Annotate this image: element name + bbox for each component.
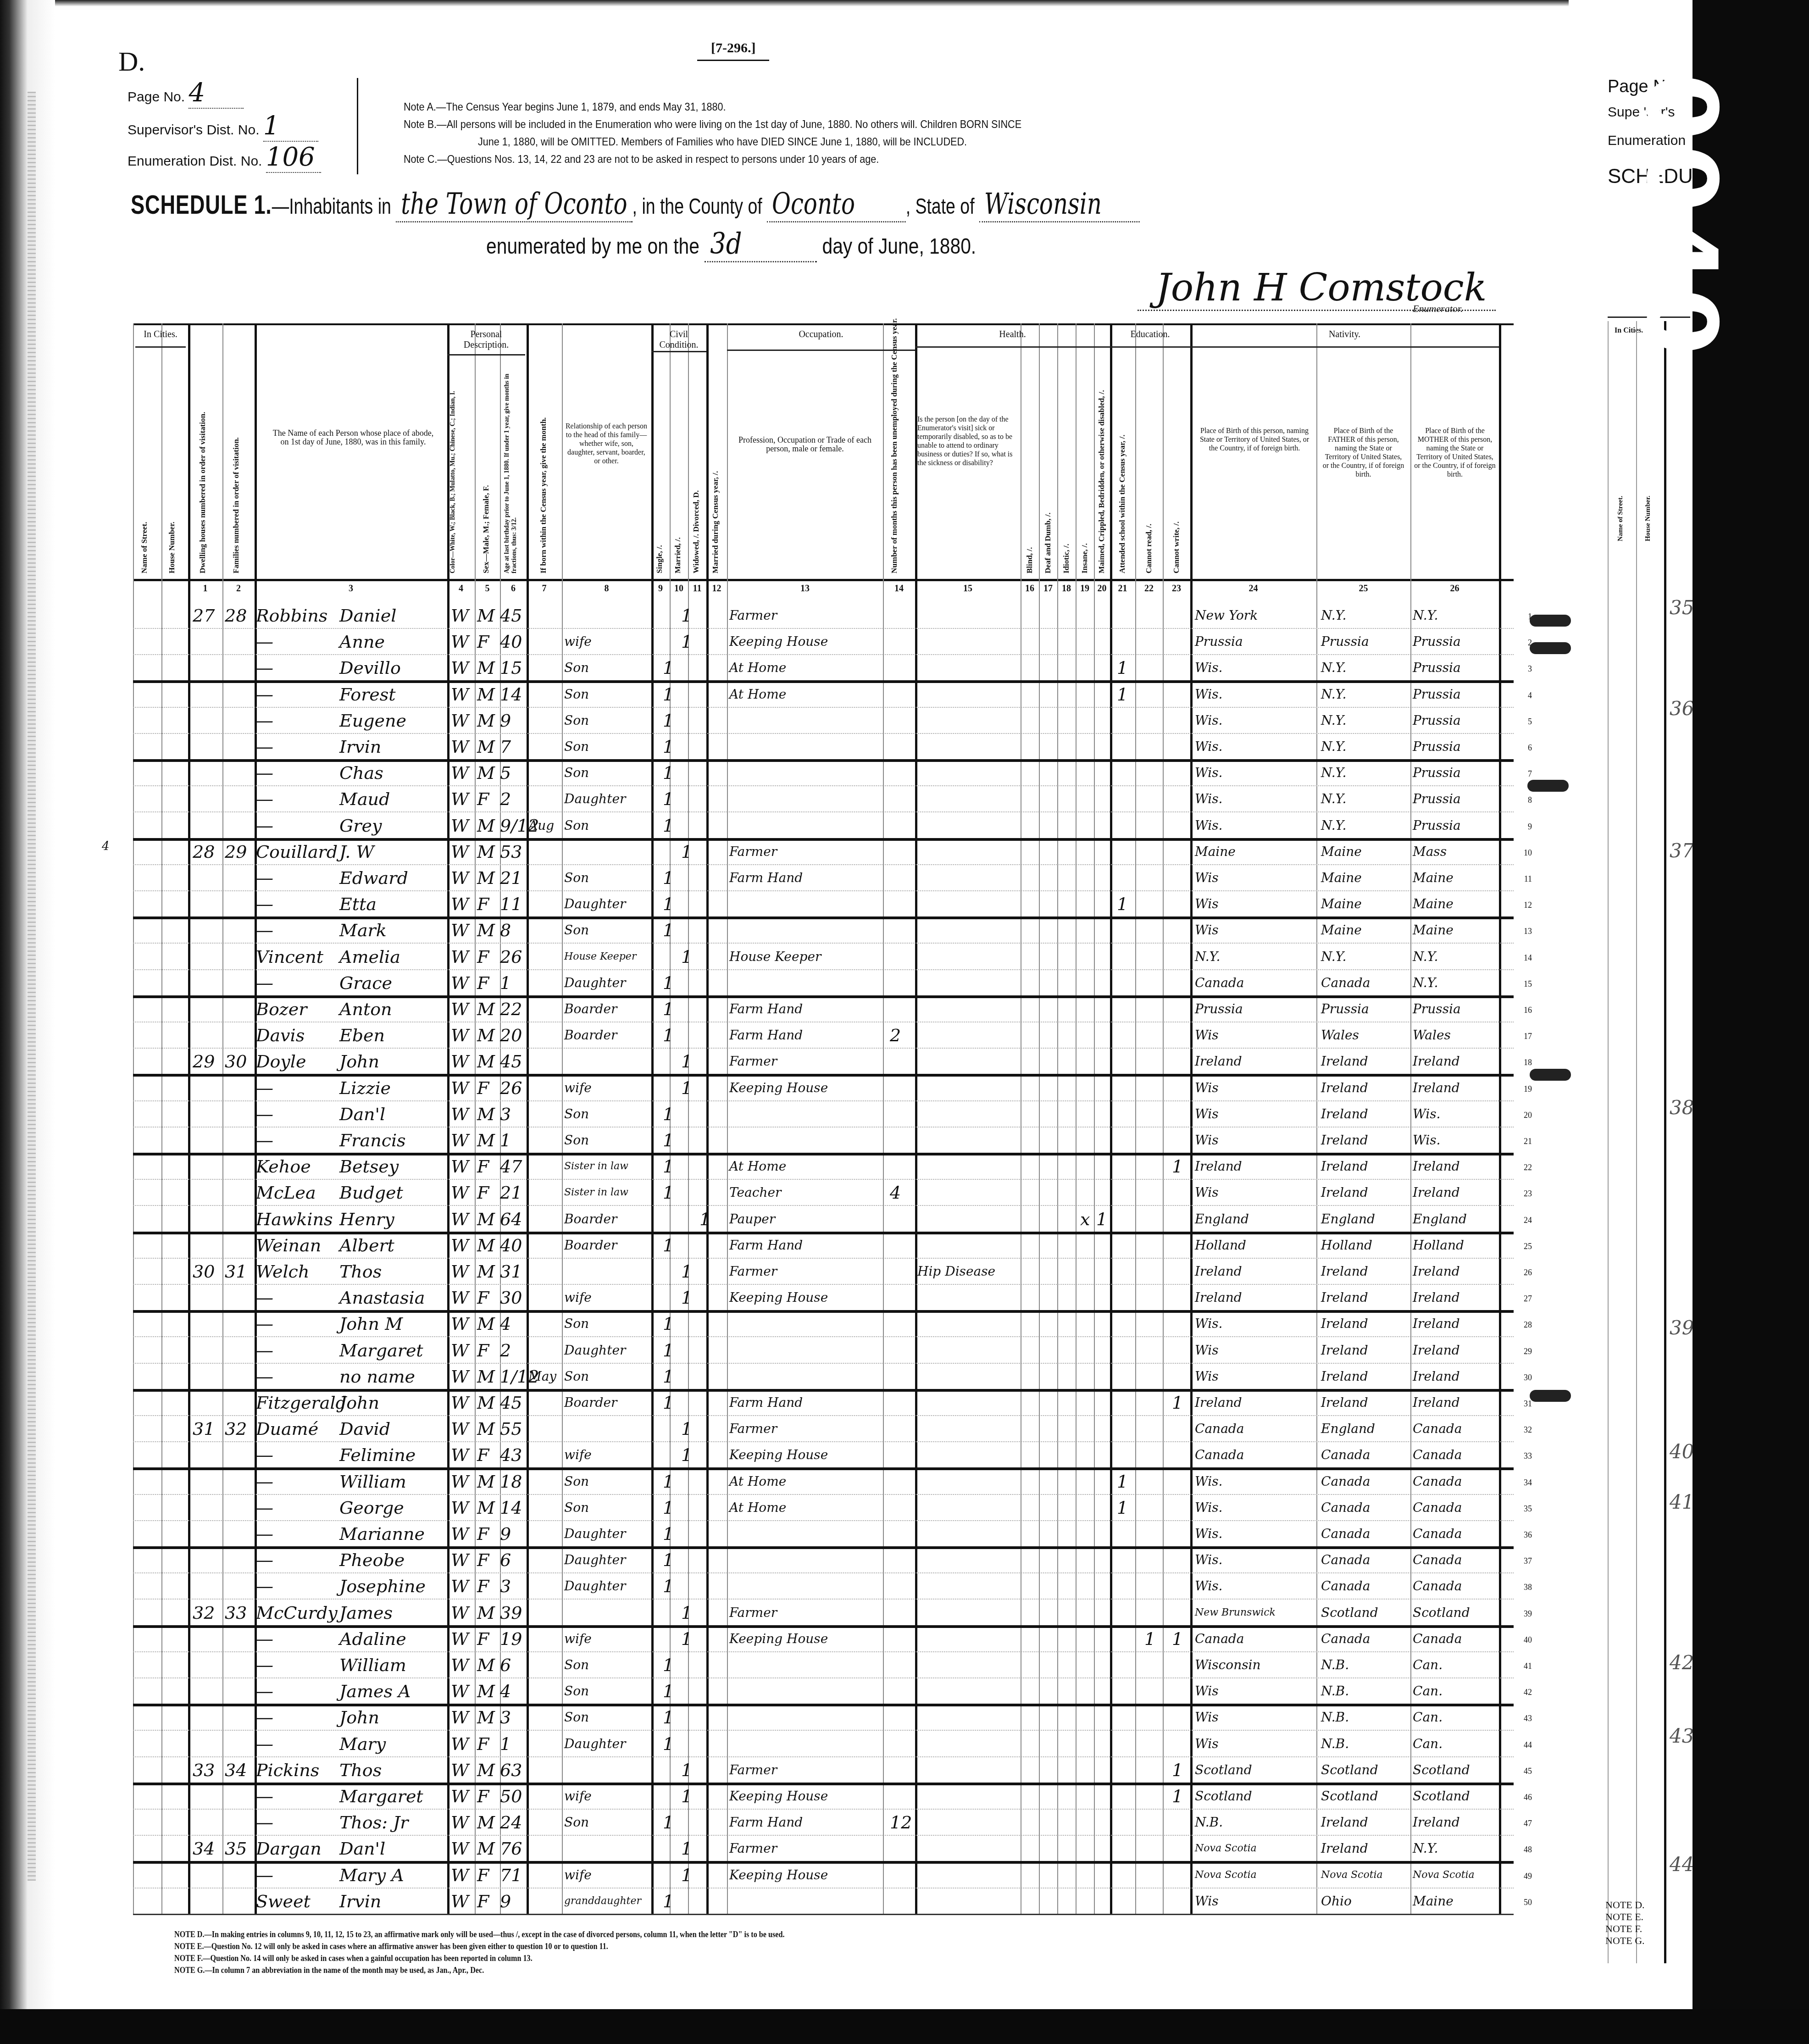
cell-father: England bbox=[1321, 1209, 1375, 1230]
schedule-heading: SCHEDULE 1.—Inhabitants in the Town of O… bbox=[131, 187, 1139, 222]
cell-mother: Ireland bbox=[1413, 1340, 1460, 1361]
row-number: 18 bbox=[1524, 1058, 1532, 1067]
cell-color: W bbox=[451, 1707, 469, 1728]
row-number: 26 bbox=[1524, 1268, 1532, 1277]
cell-birth: Wis. bbox=[1195, 1497, 1223, 1518]
row-number: 36 bbox=[1524, 1530, 1532, 1540]
cell-occupation: Farmer bbox=[729, 1418, 777, 1439]
cell-mother: Prussia bbox=[1413, 684, 1461, 705]
cell-married: 1 bbox=[681, 1838, 692, 1859]
cell-birth: Wis bbox=[1195, 1733, 1219, 1755]
cell-given: Grace bbox=[339, 972, 392, 994]
table-row: —EugeneWM9Son1Wis.N.Y.Prussia5 bbox=[133, 707, 1514, 734]
cell-color: W bbox=[451, 1865, 469, 1886]
cell-given: Eugene bbox=[339, 710, 406, 731]
table-row: KehoeBetseyWF47Sister in law1At Home1Ire… bbox=[133, 1153, 1514, 1180]
cell-surname: — bbox=[256, 1786, 273, 1807]
cell-age: 26 bbox=[500, 1078, 522, 1099]
cell-family: 29 bbox=[225, 841, 247, 862]
table-row: —MarkWM8Son1WisMaineMaine13 bbox=[133, 916, 1514, 944]
cell-color: W bbox=[451, 605, 469, 626]
cell-mother: Prussia bbox=[1413, 657, 1461, 678]
cell-unemployed: 12 bbox=[890, 1812, 912, 1833]
cell-age: 3 bbox=[500, 1104, 511, 1125]
cell-surname: — bbox=[256, 972, 273, 994]
adjacent-dwelling: 40 bbox=[1670, 1440, 1694, 1463]
cell-school: 1 bbox=[1117, 684, 1128, 705]
cell-birth: Wis. bbox=[1195, 736, 1223, 757]
cell-surname: — bbox=[256, 894, 273, 915]
cell-color: W bbox=[451, 1471, 469, 1492]
cell-color: W bbox=[451, 1287, 469, 1308]
cell-birth: Wis bbox=[1195, 1366, 1219, 1387]
column-number: 6 bbox=[500, 583, 527, 594]
row-number: 13 bbox=[1524, 927, 1532, 936]
row-number: 44 bbox=[1524, 1740, 1532, 1750]
cell-relation: Daughter bbox=[564, 1576, 626, 1597]
cell-age: 15 bbox=[500, 657, 522, 678]
cell-birth: N.B. bbox=[1195, 1812, 1223, 1833]
cell-given: Thos bbox=[339, 1261, 382, 1282]
cell-given: Etta bbox=[339, 894, 377, 915]
cell-given: Irvin bbox=[339, 1891, 381, 1912]
row-number: 5 bbox=[1528, 717, 1532, 727]
table-row: —John MWM4Son1Wis.IrelandIreland28 bbox=[133, 1310, 1514, 1337]
adjacent-dwelling: 38 bbox=[1670, 1096, 1694, 1119]
cell-age: 14 bbox=[500, 684, 522, 705]
col-married-year: Married during Census year, /. bbox=[711, 422, 720, 573]
cell-age: 9 bbox=[500, 1891, 511, 1912]
cell-sex: M bbox=[477, 999, 495, 1020]
cell-age: 22 bbox=[500, 999, 522, 1020]
cell-given: Forest bbox=[339, 684, 396, 705]
column-number: 13 bbox=[727, 583, 883, 594]
row-number: 29 bbox=[1524, 1347, 1532, 1356]
cell-sex: F bbox=[477, 1340, 489, 1361]
row-number: 47 bbox=[1524, 1819, 1532, 1828]
cell-insane: x bbox=[1080, 1209, 1090, 1230]
cell-age: 63 bbox=[500, 1760, 522, 1781]
cell-single: 1 bbox=[663, 1733, 674, 1755]
adjacent-col-house: House Number. bbox=[1644, 459, 1652, 541]
cell-unemployed: 4 bbox=[890, 1182, 901, 1203]
cell-age: 9 bbox=[500, 1523, 511, 1544]
cell-family: 30 bbox=[225, 1051, 247, 1072]
cell-birth: England bbox=[1195, 1209, 1249, 1230]
cell-married: 1 bbox=[681, 946, 692, 967]
cell-surname: McCurdy bbox=[256, 1602, 338, 1623]
cell-married: 1 bbox=[681, 1287, 692, 1308]
cell-mother: Wales bbox=[1413, 1025, 1451, 1046]
cell-surname: — bbox=[256, 1313, 273, 1334]
group-rule bbox=[915, 346, 1110, 348]
cell-color: W bbox=[451, 1130, 469, 1151]
cell-mother: Ireland bbox=[1413, 1051, 1460, 1072]
cell-birth: Wis bbox=[1195, 1182, 1219, 1203]
cell-given: Daniel bbox=[339, 605, 396, 626]
cell-given: Edward bbox=[339, 867, 408, 889]
cell-color: W bbox=[451, 1209, 469, 1230]
cell-surname: — bbox=[256, 1078, 273, 1099]
county-field: Oconto bbox=[767, 187, 906, 222]
col-maimed: Maimed, Crippled, Bedridden, or otherwis… bbox=[1097, 353, 1106, 573]
cell-mother: Canada bbox=[1413, 1418, 1462, 1439]
cell-age: 40 bbox=[500, 1235, 522, 1256]
cell-given: Amelia bbox=[339, 946, 400, 967]
column-number: 8 bbox=[562, 583, 651, 594]
table-row: DavisEbenWM20Boarder1Farm Hand2WisWalesW… bbox=[133, 1022, 1514, 1049]
table-row: —MarianneWF9Daughter1Wis.CanadaCanada36 bbox=[133, 1520, 1514, 1549]
cell-father: N.Y. bbox=[1321, 762, 1346, 783]
table-row: —no nameWM1/12MaySon1WisIrelandIreland30 bbox=[133, 1363, 1514, 1392]
table-row: —JohnWM3Son1WisN.B.Can.43 bbox=[133, 1704, 1514, 1731]
cell-mother: Ireland bbox=[1413, 1812, 1460, 1833]
cell-birth: Wis bbox=[1195, 920, 1219, 941]
column-number: 24 bbox=[1190, 583, 1316, 594]
adjacent-dwelling: 41 bbox=[1670, 1491, 1694, 1513]
cell-sex: M bbox=[477, 1104, 495, 1125]
column-number: 23 bbox=[1163, 583, 1190, 594]
cell-occupation: Keeping House bbox=[729, 1865, 828, 1886]
cell-single: 1 bbox=[663, 1655, 674, 1676]
cell-birth: Prussia bbox=[1195, 631, 1243, 652]
row-number: 19 bbox=[1524, 1084, 1532, 1094]
cell-birth: Canada bbox=[1195, 1418, 1244, 1439]
cell-age: 39 bbox=[500, 1602, 522, 1623]
cell-age: 4 bbox=[500, 1313, 511, 1334]
cell-color: W bbox=[451, 1602, 469, 1623]
cell-age: 40 bbox=[500, 631, 522, 652]
row-number: 39 bbox=[1524, 1609, 1532, 1619]
cell-dwelling: 27 bbox=[193, 605, 215, 626]
column-number: 2 bbox=[222, 583, 255, 594]
cell-surname: — bbox=[256, 1628, 273, 1650]
enumeration-date: enumerated by me on the 3d day of June, … bbox=[486, 227, 976, 262]
cell-color: W bbox=[451, 1891, 469, 1912]
cell-birth: Wis. bbox=[1195, 815, 1223, 836]
cell-father: Ireland bbox=[1321, 1156, 1368, 1177]
col-deaf: Deaf and Dumb, /. bbox=[1043, 468, 1053, 573]
cell-mother: Wis. bbox=[1413, 1130, 1441, 1151]
group-rule bbox=[1190, 346, 1499, 348]
cell-surname: — bbox=[256, 789, 273, 810]
cell-color: W bbox=[451, 710, 469, 731]
row-number: 27 bbox=[1524, 1294, 1532, 1304]
row-number: 28 bbox=[1524, 1320, 1532, 1330]
cell-father: Ireland bbox=[1321, 1104, 1368, 1125]
form-number: [7-296.] bbox=[697, 40, 769, 61]
cell-relation: Daughter bbox=[564, 894, 626, 915]
cell-given: Mark bbox=[339, 920, 387, 941]
cell-given: John bbox=[339, 1051, 379, 1072]
day-field: 3d bbox=[705, 227, 817, 262]
adjacent-dwelling: 35 bbox=[1670, 596, 1694, 619]
cell-married: 1 bbox=[681, 1418, 692, 1439]
cell-given: James bbox=[339, 1602, 393, 1623]
col-color: Color—White, W.; Black, B.; Mulatto, Mu.… bbox=[449, 358, 472, 573]
cell-married: 1 bbox=[681, 631, 692, 652]
cell-single: 1 bbox=[663, 657, 674, 678]
table-row: —Mary AWF71wife1Keeping HouseNova Scotia… bbox=[133, 1861, 1514, 1888]
cell-given: Betsey bbox=[339, 1156, 399, 1177]
cell-mother: Canada bbox=[1413, 1550, 1462, 1571]
cell-surname: — bbox=[256, 1523, 273, 1544]
col-widowed: Widowed, /. Divorced, D. bbox=[692, 431, 701, 573]
cell-color: W bbox=[451, 1261, 469, 1282]
cell-cannot-write: 1 bbox=[1172, 1786, 1183, 1807]
cell-age: 20 bbox=[500, 1025, 522, 1046]
cell-occupation: Farmer bbox=[729, 1051, 777, 1072]
cell-sex: F bbox=[477, 1444, 489, 1466]
cell-single: 1 bbox=[663, 1366, 674, 1387]
column-number: 4 bbox=[447, 583, 475, 594]
cell-single: 1 bbox=[663, 867, 674, 889]
row-number: 48 bbox=[1524, 1845, 1532, 1855]
cell-single: 1 bbox=[663, 1550, 674, 1571]
cell-relation: Son bbox=[564, 1471, 589, 1492]
cell-age: 6 bbox=[500, 1655, 511, 1676]
cell-surname: Doyle bbox=[256, 1051, 306, 1072]
cell-father: Canada bbox=[1321, 1550, 1370, 1571]
cell-age: 45 bbox=[500, 605, 522, 626]
cell-father: Ireland bbox=[1321, 1261, 1368, 1282]
group-rule bbox=[727, 350, 915, 351]
cell-age: 45 bbox=[500, 1392, 522, 1413]
cell-surname: — bbox=[256, 684, 273, 705]
column-number: 26 bbox=[1410, 583, 1499, 594]
table-row: —GraceWF1Daughter1CanadaCanadaN.Y.15 bbox=[133, 969, 1514, 998]
cell-occupation: Farm Hand bbox=[729, 999, 803, 1020]
cell-mother: Scotland bbox=[1413, 1786, 1470, 1807]
cell-sex: F bbox=[477, 1156, 489, 1177]
adjacent-dwelling: 39 bbox=[1670, 1316, 1694, 1339]
table-row: —EttaWF11Daughter11WisMaineMaine12 bbox=[133, 890, 1514, 919]
cell-color: W bbox=[451, 1235, 469, 1256]
cell-surname: — bbox=[256, 710, 273, 731]
cell-birth: Canada bbox=[1195, 972, 1244, 994]
column-number: 16 bbox=[1021, 583, 1039, 594]
cell-color: W bbox=[451, 1550, 469, 1571]
cell-age: 55 bbox=[500, 1418, 522, 1439]
cell-father: N.Y. bbox=[1321, 605, 1346, 626]
cell-age: 26 bbox=[500, 946, 522, 967]
cell-maimed: 1 bbox=[1096, 1209, 1107, 1230]
cell-given: George bbox=[339, 1497, 404, 1518]
cell-occupation: Farmer bbox=[729, 1838, 777, 1859]
cell-surname: — bbox=[256, 1287, 273, 1308]
cell-mother: N.Y. bbox=[1413, 946, 1438, 967]
cell-mother: Can. bbox=[1413, 1733, 1443, 1755]
cell-birth: Scotland bbox=[1195, 1786, 1252, 1807]
row-number: 25 bbox=[1524, 1242, 1532, 1251]
cell-relation: wife bbox=[564, 1786, 592, 1807]
cell-birth: Wis. bbox=[1195, 710, 1223, 731]
binder-ring bbox=[1530, 1390, 1571, 1402]
cell-occupation: Farmer bbox=[729, 1261, 777, 1282]
col-mother-birthplace: Place of Birth of the MOTHER of this per… bbox=[1414, 427, 1496, 479]
cell-given: Josephine bbox=[339, 1576, 426, 1597]
cell-sex: F bbox=[477, 1733, 489, 1755]
row-number: 45 bbox=[1524, 1766, 1532, 1776]
cell-color: W bbox=[451, 841, 469, 862]
note-g: NOTE G.—In column 7 an abbreviation in t… bbox=[174, 1965, 784, 1977]
cell-given: Chas bbox=[339, 762, 383, 783]
cell-father: Ohio bbox=[1321, 1891, 1352, 1912]
cell-occupation: House Keeper bbox=[729, 946, 821, 967]
column-number: 20 bbox=[1094, 583, 1110, 594]
col-dwelling: Dwelling houses numbered in order of vis… bbox=[198, 376, 207, 573]
cell-mother: Mass bbox=[1413, 841, 1447, 862]
cell-father: Maine bbox=[1321, 920, 1362, 941]
col-name: The Name of each Person whose place of a… bbox=[271, 429, 436, 446]
table-row: —DevilloWM15Son1At Home1Wis.N.Y.Prussia3 bbox=[133, 654, 1514, 683]
row-number: 41 bbox=[1524, 1661, 1532, 1671]
cell-single: 1 bbox=[663, 1104, 674, 1125]
cell-age: 4 bbox=[500, 1681, 511, 1702]
cell-age: 5 bbox=[500, 762, 511, 783]
cell-born-month: Aug bbox=[528, 815, 554, 836]
row-number: 8 bbox=[1528, 795, 1532, 805]
cell-color: W bbox=[451, 1025, 469, 1046]
cell-married: 1 bbox=[681, 605, 692, 626]
cell-father: Ireland bbox=[1321, 1392, 1368, 1413]
enumeration-district-field: Enumeration Dist. No. 106 bbox=[128, 142, 321, 173]
cell-single: 1 bbox=[663, 1497, 674, 1518]
cell-birth: Nova Scotia bbox=[1195, 1838, 1257, 1859]
cell-birth: Wis bbox=[1195, 894, 1219, 915]
cell-occupation: At Home bbox=[729, 657, 786, 678]
table-row: 3132DuaméDavidWM551FarmerCanadaEnglandCa… bbox=[133, 1415, 1514, 1442]
table-row: 2728RobbinsDanielWM451FarmerNew YorkN.Y.… bbox=[133, 602, 1514, 629]
column-number: 15 bbox=[915, 583, 1021, 594]
cell-sex: M bbox=[477, 1655, 495, 1676]
cell-mother: Ireland bbox=[1413, 1078, 1460, 1099]
cell-single: 1 bbox=[663, 1130, 674, 1151]
table-row: WeinanAlbertWM40Boarder1Farm HandHolland… bbox=[133, 1232, 1514, 1259]
cell-single: 1 bbox=[663, 815, 674, 836]
cell-father: Scotland bbox=[1321, 1602, 1378, 1623]
cell-sex: F bbox=[477, 789, 489, 810]
col-sex: Sex—Male, M.; Female, F. bbox=[482, 440, 491, 573]
row-number: 38 bbox=[1524, 1583, 1532, 1592]
group-rule bbox=[1110, 346, 1190, 348]
cell-surname: — bbox=[256, 736, 273, 757]
note-e: NOTE E.—Question No. 12 will only be ask… bbox=[174, 1941, 784, 1953]
cell-mother: Maine bbox=[1413, 867, 1454, 889]
row-number: 31 bbox=[1524, 1399, 1532, 1409]
row-number: 33 bbox=[1524, 1451, 1532, 1461]
column-number: 11 bbox=[688, 583, 706, 594]
cell-age: 1 bbox=[500, 1733, 511, 1755]
cell-father: Ireland bbox=[1321, 1366, 1368, 1387]
cell-occupation: Keeping House bbox=[729, 1628, 828, 1650]
cell-relation: Daughter bbox=[564, 972, 626, 994]
cell-married: 1 bbox=[681, 1261, 692, 1282]
cell-mother: Prussia bbox=[1413, 631, 1461, 652]
cell-sex: F bbox=[477, 972, 489, 994]
cell-relation: Son bbox=[564, 1812, 589, 1833]
cell-father: N.Y. bbox=[1321, 710, 1346, 731]
cell-sex: M bbox=[477, 605, 495, 626]
row-number: 24 bbox=[1524, 1216, 1532, 1225]
cell-married: 1 bbox=[681, 1628, 692, 1650]
cell-relation: Son bbox=[564, 710, 589, 731]
cell-single: 1 bbox=[663, 1392, 674, 1413]
row-number: 14 bbox=[1524, 953, 1532, 963]
cell-given: no name bbox=[339, 1366, 415, 1387]
cell-age: 43 bbox=[500, 1444, 522, 1466]
cell-father: Canada bbox=[1321, 1471, 1370, 1492]
cell-surname: — bbox=[256, 1497, 273, 1518]
cell-birth: Wis bbox=[1195, 1681, 1219, 1702]
cell-sex: M bbox=[477, 1051, 495, 1072]
cell-birth: N.Y. bbox=[1195, 946, 1220, 967]
cell-birth: Wis bbox=[1195, 1891, 1219, 1912]
cell-father: Canada bbox=[1321, 1497, 1370, 1518]
cell-father: Scotland bbox=[1321, 1760, 1378, 1781]
table-row: 2829CouillardJ. WWM531FarmerMaineMaineMa… bbox=[133, 838, 1514, 865]
row-number: 11 bbox=[1524, 874, 1532, 884]
page-number-value: 4 bbox=[189, 78, 244, 109]
table-row: —FelimineWF43wife1Keeping HouseCanadaCan… bbox=[133, 1441, 1514, 1470]
cell-father: Maine bbox=[1321, 894, 1362, 915]
cell-age: 31 bbox=[500, 1261, 522, 1282]
col-unemployed: Number of months this person has been un… bbox=[890, 349, 899, 573]
cell-mother: Maine bbox=[1413, 894, 1454, 915]
cell-color: W bbox=[451, 1681, 469, 1702]
group-health: Health. bbox=[915, 329, 1110, 340]
cell-birth: Wisconsin bbox=[1195, 1655, 1261, 1676]
cell-relation: Son bbox=[564, 815, 589, 836]
table-row: —AnastasiaWF30wife1Keeping HouseIrelandI… bbox=[133, 1284, 1514, 1313]
row-number: 22 bbox=[1524, 1163, 1532, 1172]
cell-mother: N.Y. bbox=[1413, 1838, 1438, 1859]
town-field: the Town of Oconto bbox=[396, 187, 632, 222]
cell-surname: — bbox=[256, 1576, 273, 1597]
column-number: 9 bbox=[651, 583, 670, 594]
cell-surname: — bbox=[256, 815, 273, 836]
microfilm-stamp: 0040 bbox=[1651, 73, 1734, 360]
cell-surname: Sweet bbox=[256, 1891, 311, 1912]
cell-surname: — bbox=[256, 1707, 273, 1728]
cell-relation: Boarder bbox=[564, 999, 617, 1020]
cell-sex: F bbox=[477, 1287, 489, 1308]
group-civil: Civil Condition. bbox=[651, 329, 706, 350]
table-row: —MargaretWF2Daughter1WisIrelandIreland29 bbox=[133, 1337, 1514, 1364]
col-birthplace: Place of Birth of this person, naming St… bbox=[1197, 427, 1312, 453]
cell-father: N.Y. bbox=[1321, 815, 1346, 836]
table-row: —MargaretWF50wife1Keeping House1Scotland… bbox=[133, 1783, 1514, 1810]
cell-single: 1 bbox=[663, 789, 674, 810]
cell-born-month: May bbox=[528, 1366, 556, 1387]
cell-family: 33 bbox=[225, 1602, 247, 1623]
table-row: —LizzieWF26wife1Keeping HouseWisIrelandI… bbox=[133, 1074, 1514, 1101]
state-field: Wisconsin bbox=[979, 187, 1139, 222]
cell-given: John bbox=[339, 1707, 379, 1728]
col-single: Single, /. bbox=[655, 514, 664, 573]
cell-color: W bbox=[451, 867, 469, 889]
cell-color: W bbox=[451, 1444, 469, 1466]
cell-mother: Ireland bbox=[1413, 1392, 1460, 1413]
cell-family: 28 bbox=[225, 605, 247, 626]
cell-occupation: Keeping House bbox=[729, 1287, 828, 1308]
row-number: 7 bbox=[1528, 769, 1532, 779]
row-number: 15 bbox=[1524, 979, 1532, 989]
cell-color: W bbox=[451, 1628, 469, 1650]
cell-age: 14 bbox=[500, 1497, 522, 1518]
cell-color: W bbox=[451, 1104, 469, 1125]
col-street: Name of Street. bbox=[140, 459, 149, 573]
